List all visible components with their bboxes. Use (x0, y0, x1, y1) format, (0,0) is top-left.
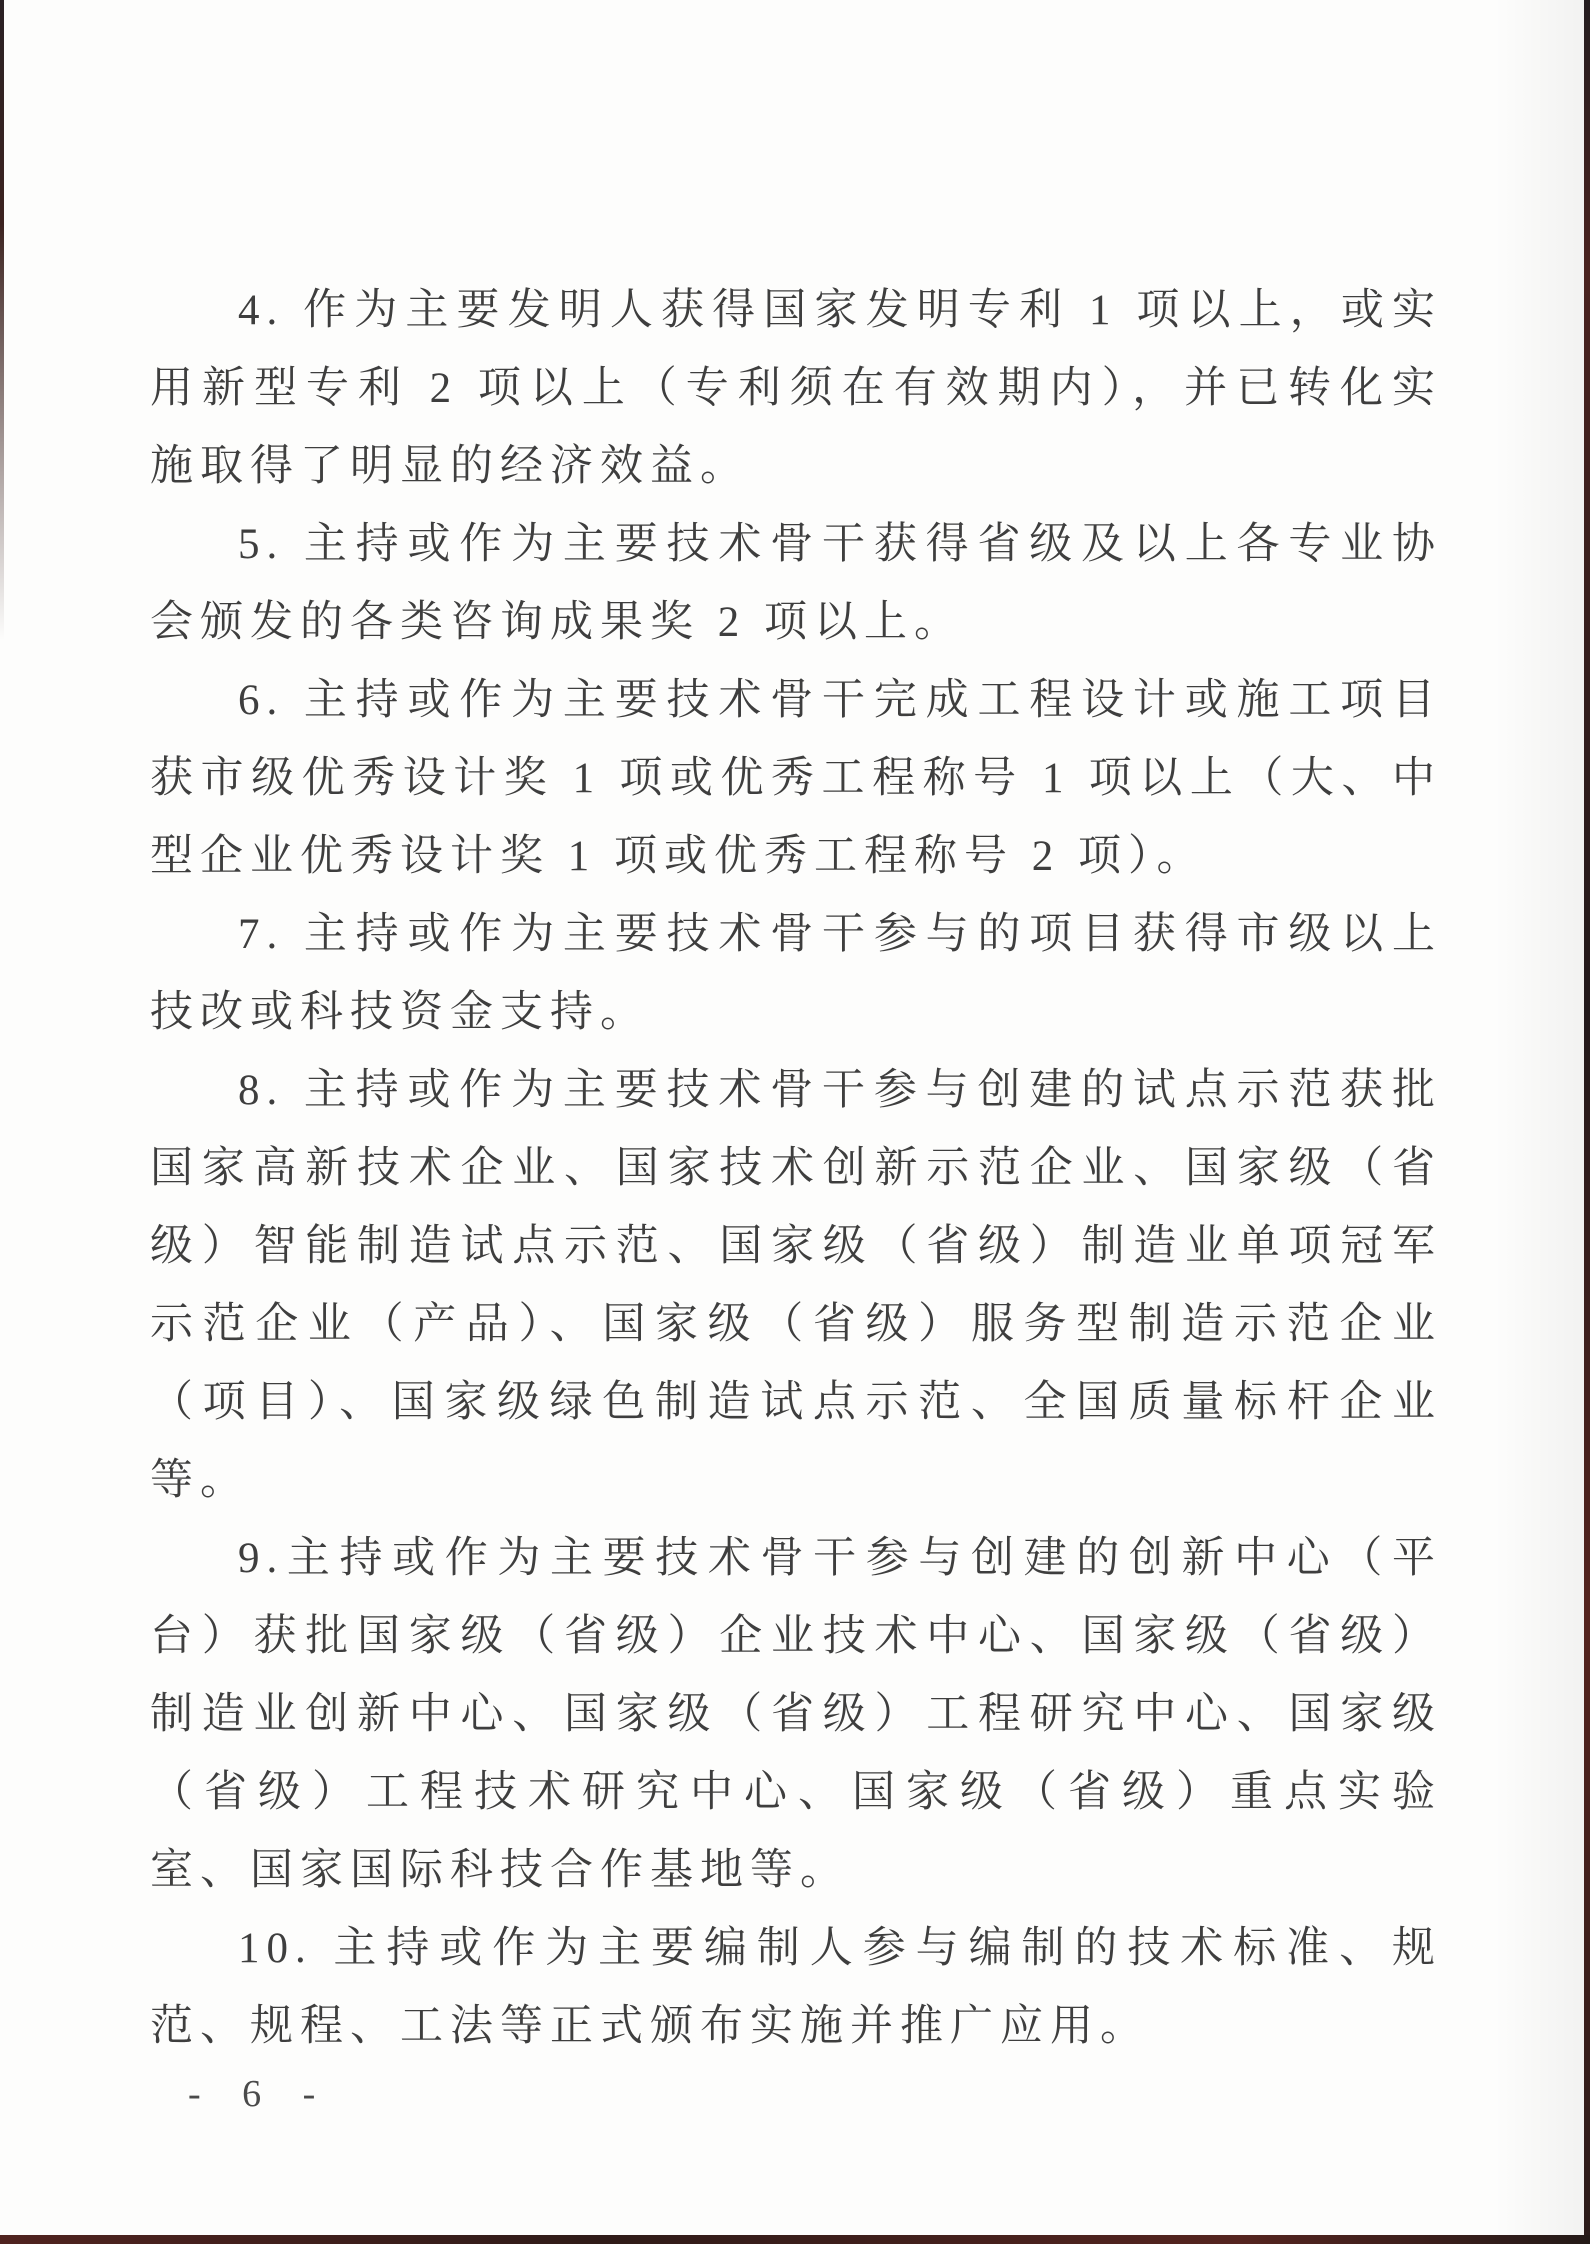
scan-shading (1494, 0, 1584, 2244)
numbered-item-10: 10. 主持或作为主要编制人参与编制的技术标准、规范、规程、工法等正式颁布实施并… (150, 1910, 1442, 2066)
numbered-item-6: 6. 主持或作为主要技术骨干完成工程设计或施工项目获市级优秀设计奖 1 项或优秀… (150, 662, 1442, 896)
numbered-item-4: 4. 作为主要发明人获得国家发明专利 1 项以上，或实用新型专利 2 项以上（专… (150, 272, 1442, 506)
page-number: - 6 - (188, 2072, 331, 2116)
body-text: 4. 作为主要发明人获得国家发明专利 1 项以上，或实用新型专利 2 项以上（专… (150, 272, 1442, 2066)
scan-edge-left (0, 0, 4, 640)
numbered-item-9: 9.主持或作为主要技术骨干参与创建的创新中心（平台）获批国家级（省级）企业技术中… (150, 1520, 1442, 1910)
numbered-item-8: 8. 主持或作为主要技术骨干参与创建的试点示范获批国家高新技术企业、国家技术创新… (150, 1052, 1442, 1520)
numbered-item-7: 7. 主持或作为主要技术骨干参与的项目获得市级以上技改或科技资金支持。 (150, 896, 1442, 1052)
scan-edge-right (1584, 0, 1590, 2244)
document-page: 4. 作为主要发明人获得国家发明专利 1 项以上，或实用新型专利 2 项以上（专… (0, 0, 1590, 2244)
scan-edge-bottom (0, 2235, 1590, 2244)
numbered-item-5: 5. 主持或作为主要技术骨干获得省级及以上各专业协会颁发的各类咨询成果奖 2 项… (150, 506, 1442, 662)
